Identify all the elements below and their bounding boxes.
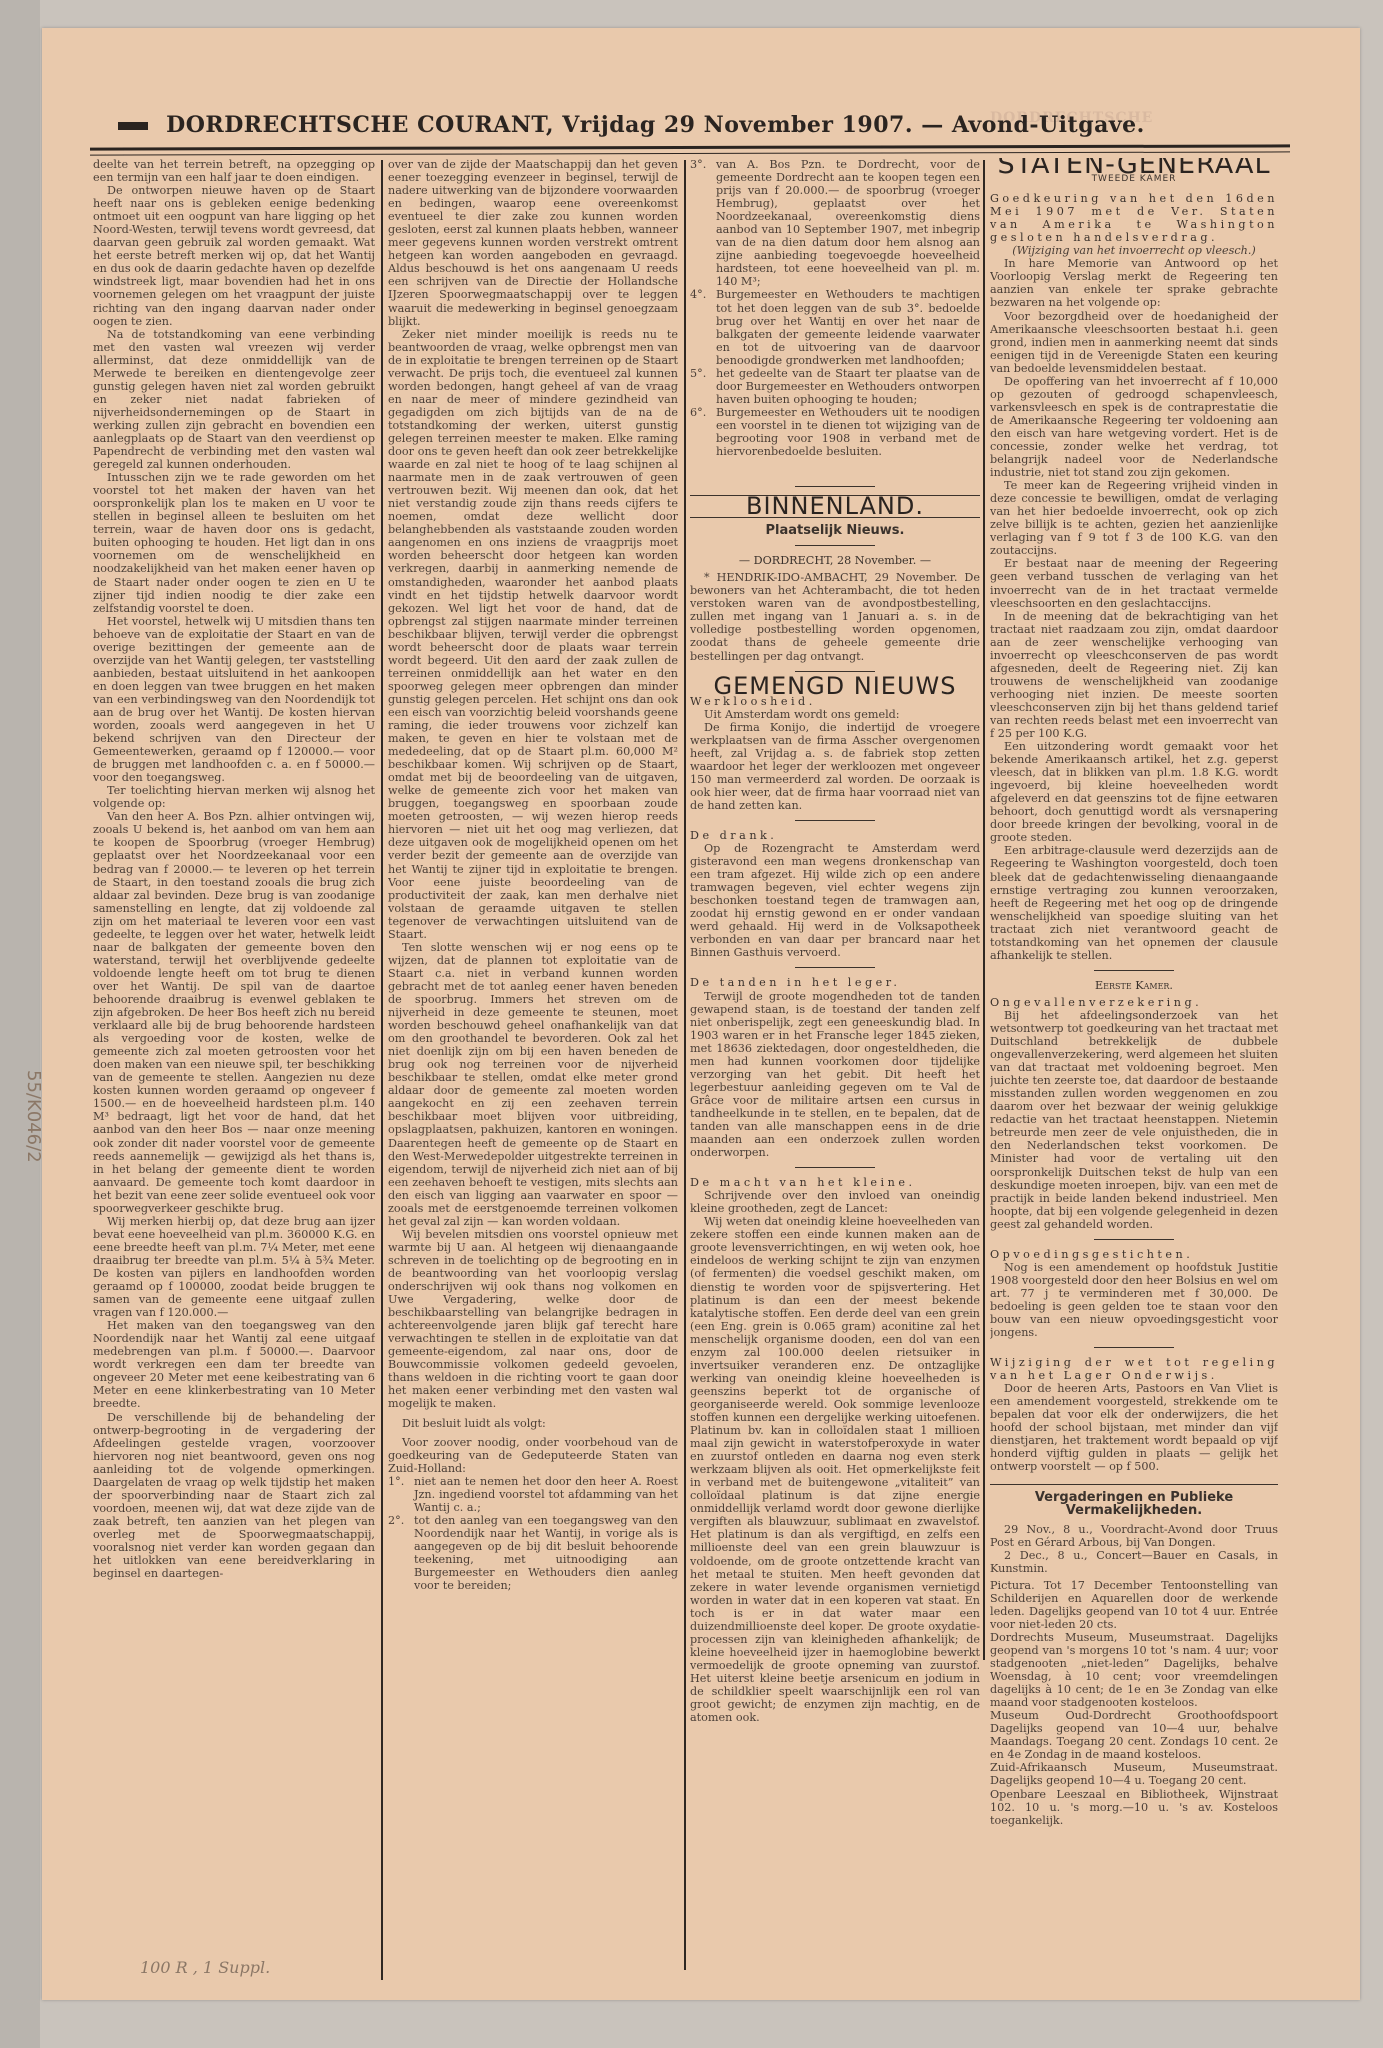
- article-text: Door de heeren Arts, Pastoors en Van Vli…: [990, 1382, 1278, 1473]
- resolution-item: 6°. Burgemeester en Wethouders uit te no…: [690, 406, 980, 458]
- article-text: Er bestaat naar de meening der Regeering…: [990, 557, 1278, 609]
- column-2: over van de zijde der Maatschappij dan h…: [388, 158, 678, 1958]
- resolution-item: 1°. niet aan te nemen het door den heer …: [388, 1475, 678, 1514]
- column-1: deelte van het terrein betreft, na opzeg…: [93, 158, 375, 1958]
- resolution-number: 4°.: [690, 288, 716, 366]
- resolution-number: 6°.: [690, 406, 716, 458]
- article-rule: [1094, 970, 1174, 971]
- article-heading: Ongevallenverzekering.: [990, 996, 1278, 1009]
- paragraph: Wij bevelen mitsdien ons voorstel opnieu…: [388, 1228, 678, 1411]
- paragraph: Na de totstandkoming van eene verbinding…: [93, 328, 375, 472]
- resolution-item: 3°. van A. Bos Pzn. te Dordrecht, voor d…: [690, 158, 980, 288]
- article-text: Een uitzondering wordt gemaakt voor het …: [990, 740, 1278, 844]
- section-title-gemengd-nieuws: GEMENGD NIEUWS: [690, 680, 980, 693]
- article-text: Op de Rozengracht te Amsterdam werd gist…: [690, 842, 980, 959]
- resolution-number: 5°.: [690, 367, 716, 406]
- issue-date: Vrijdag 29 November 1907.: [562, 112, 913, 138]
- column-divider: [983, 160, 985, 1660]
- event-item: Zuid-Afrikaansch Museum, Museumstraat. D…: [990, 1761, 1278, 1787]
- article-heading: De macht van het kleine.: [690, 1176, 980, 1189]
- article-text: Voor bezorgdheid over de hoedanigheid de…: [990, 310, 1278, 375]
- resolution-number: 1°.: [388, 1475, 414, 1514]
- article-heading: Goedkeuring van het den 16den Mei 1907 m…: [990, 192, 1278, 244]
- column-4: STATEN-GENERAAL TWEEDE KAMER Goedkeuring…: [990, 158, 1278, 1958]
- paragraph: Dit besluit luidt als volgt:: [388, 1417, 678, 1430]
- paragraph: deelte van het terrein betreft, na opzeg…: [93, 158, 375, 184]
- edition-label: — Avond-Uitgave.: [921, 112, 1145, 138]
- article-rule: [1094, 1347, 1174, 1348]
- chamber-heading: Eerste Kamer.: [990, 979, 1278, 992]
- article-heading: Opvoedingsgestichten.: [990, 1248, 1278, 1261]
- archive-pencil-note: 55/K046/2: [23, 1070, 44, 1163]
- event-item: Museum Oud-Dordrecht Groothoofdspoort Da…: [990, 1709, 1278, 1761]
- article-heading: Wijziging der wet tot regeling van het L…: [990, 1356, 1278, 1382]
- article-heading: De tanden in het leger.: [690, 976, 980, 989]
- paragraph: Het maken van den toegangsweg van den No…: [93, 1319, 375, 1410]
- paragraph: Ter toelichting hiervan merken wij alsno…: [93, 784, 375, 810]
- paragraph: Wij merken hierbij op, dat deze brug aan…: [93, 1215, 375, 1319]
- article-rule: [795, 967, 875, 968]
- paragraph: Ten slotte wenschen wij er nog eens op t…: [388, 941, 678, 1228]
- event-item: Openbare Leeszaal en Bibliotheek, Wijnst…: [990, 1788, 1278, 1827]
- event-item: Pictura. Tot 17 December Tentoonstelling…: [990, 1579, 1278, 1631]
- article-text: Uit Amsterdam wordt ons gemeld:: [690, 708, 980, 721]
- resolution-number: 3°.: [690, 158, 716, 288]
- article-text: Te meer kan de Regeering vrijheid vinden…: [990, 479, 1278, 557]
- events-title: Vergaderingen en Publieke Vermakelijkhed…: [990, 1491, 1278, 1517]
- column-divider: [381, 160, 383, 1980]
- event-item: 29 Nov., 8 u., Voordracht-Avond door Tru…: [990, 1523, 1278, 1549]
- paragraph: over van de zijde der Maatschappij dan h…: [388, 158, 678, 328]
- event-item: 2 Dec., 8 u., Concert—Bauer en Casals, i…: [990, 1549, 1278, 1575]
- section-rule: [990, 1484, 1278, 1485]
- paragraph: Zeker niet minder moeilijk is reeds nu t…: [388, 328, 678, 941]
- paragraph: De verschillende bij de behandeling der …: [93, 1411, 375, 1581]
- resolution-item: 5°. het gedeelte van de Staart ter plaat…: [690, 367, 980, 406]
- resolution-number: 2°.: [388, 1514, 414, 1592]
- article-text: Terwijl de groote mogendheden tot de tan…: [690, 990, 980, 1160]
- article-text: Wij weten dat oneindig kleine hoeveelhed…: [690, 1215, 980, 1724]
- paragraph: Intusschen zijn we te rade geworden om h…: [93, 471, 375, 615]
- paper-name: DORDRECHTSCHE COURANT,: [166, 112, 554, 138]
- resolution-item: 2°. tot den aanleg van een toegangsweg v…: [388, 1514, 678, 1592]
- resolution-text: niet aan te nemen het door den heer A. R…: [414, 1475, 678, 1514]
- article-text: Een arbitrage-clausule werd dezerzijds a…: [990, 844, 1278, 961]
- resolution-item: 4°. Burgemeester en Wethouders te machti…: [690, 288, 980, 366]
- resolution-text: van A. Bos Pzn. te Dordrecht, voor de ge…: [716, 158, 980, 288]
- article-text: De opoffering van het invoerrecht af f 1…: [990, 375, 1278, 479]
- archive-pencil-note: 100 R , 1 Suppl.: [140, 1958, 270, 1977]
- article-rule: [1094, 1239, 1174, 1240]
- paragraph: Het voorstel, hetwelk wij U mitsdien tha…: [93, 615, 375, 785]
- subsection-title: Plaatselijk Nieuws.: [690, 524, 980, 537]
- article-text: * HENDRIK-IDO-AMBACHT, 29 November. De b…: [690, 571, 980, 662]
- section-title-staten-generaal: STATEN-GENERAAL: [990, 158, 1278, 171]
- article-text: In hare Memorie van Antwoord op het Voor…: [990, 257, 1278, 309]
- paragraph: Van den heer A. Bos Pzn. alhier ontvinge…: [93, 810, 375, 1214]
- resolution-text: tot den aanleg van een toegangsweg van d…: [414, 1514, 678, 1592]
- article-subheading: (Wijziging van het invoerrecht op vleesc…: [990, 244, 1278, 257]
- dateline: — DORDRECHT, 28 November. —: [690, 554, 980, 567]
- section-rule: [795, 486, 875, 487]
- article-text: Bij het afdeelingsonderzoek van het wets…: [990, 1009, 1278, 1231]
- resolution-text: Burgemeester en Wethouders uit te noodig…: [716, 406, 980, 458]
- article-text: Schrijvende over den invloed van oneindi…: [690, 1189, 980, 1215]
- section-title-binnenland: BINNENLAND.: [690, 500, 980, 513]
- resolution-text: het gedeelte van de Staart ter plaatse v…: [716, 367, 980, 406]
- paragraph: De ontworpen nieuwe haven op de Staart h…: [93, 184, 375, 328]
- column-divider: [684, 160, 686, 1970]
- resolution-text: Burgemeester en Wethouders te machtigen …: [716, 288, 980, 366]
- article-text: Nog is een amendement op hoofdstuk Justi…: [990, 1261, 1278, 1339]
- article-rule: [795, 820, 875, 821]
- article-text: De firma Konijo, die indertijd de vroege…: [690, 721, 980, 812]
- masthead-ornament: [118, 122, 148, 130]
- article-rule: [795, 1167, 875, 1168]
- article-heading: De drank.: [690, 829, 980, 842]
- paragraph: Voor zoover noodig, onder voorbehoud van…: [388, 1436, 678, 1475]
- event-item: Dordrechts Museum, Museumstraat. Dagelij…: [990, 1631, 1278, 1709]
- article-text: In de meening dat de bekrachtiging van h…: [990, 610, 1278, 740]
- column-3: 3°. van A. Bos Pzn. te Dordrecht, voor d…: [690, 158, 980, 1958]
- scan-backdrop: [0, 0, 40, 2048]
- section-rule: [795, 545, 875, 546]
